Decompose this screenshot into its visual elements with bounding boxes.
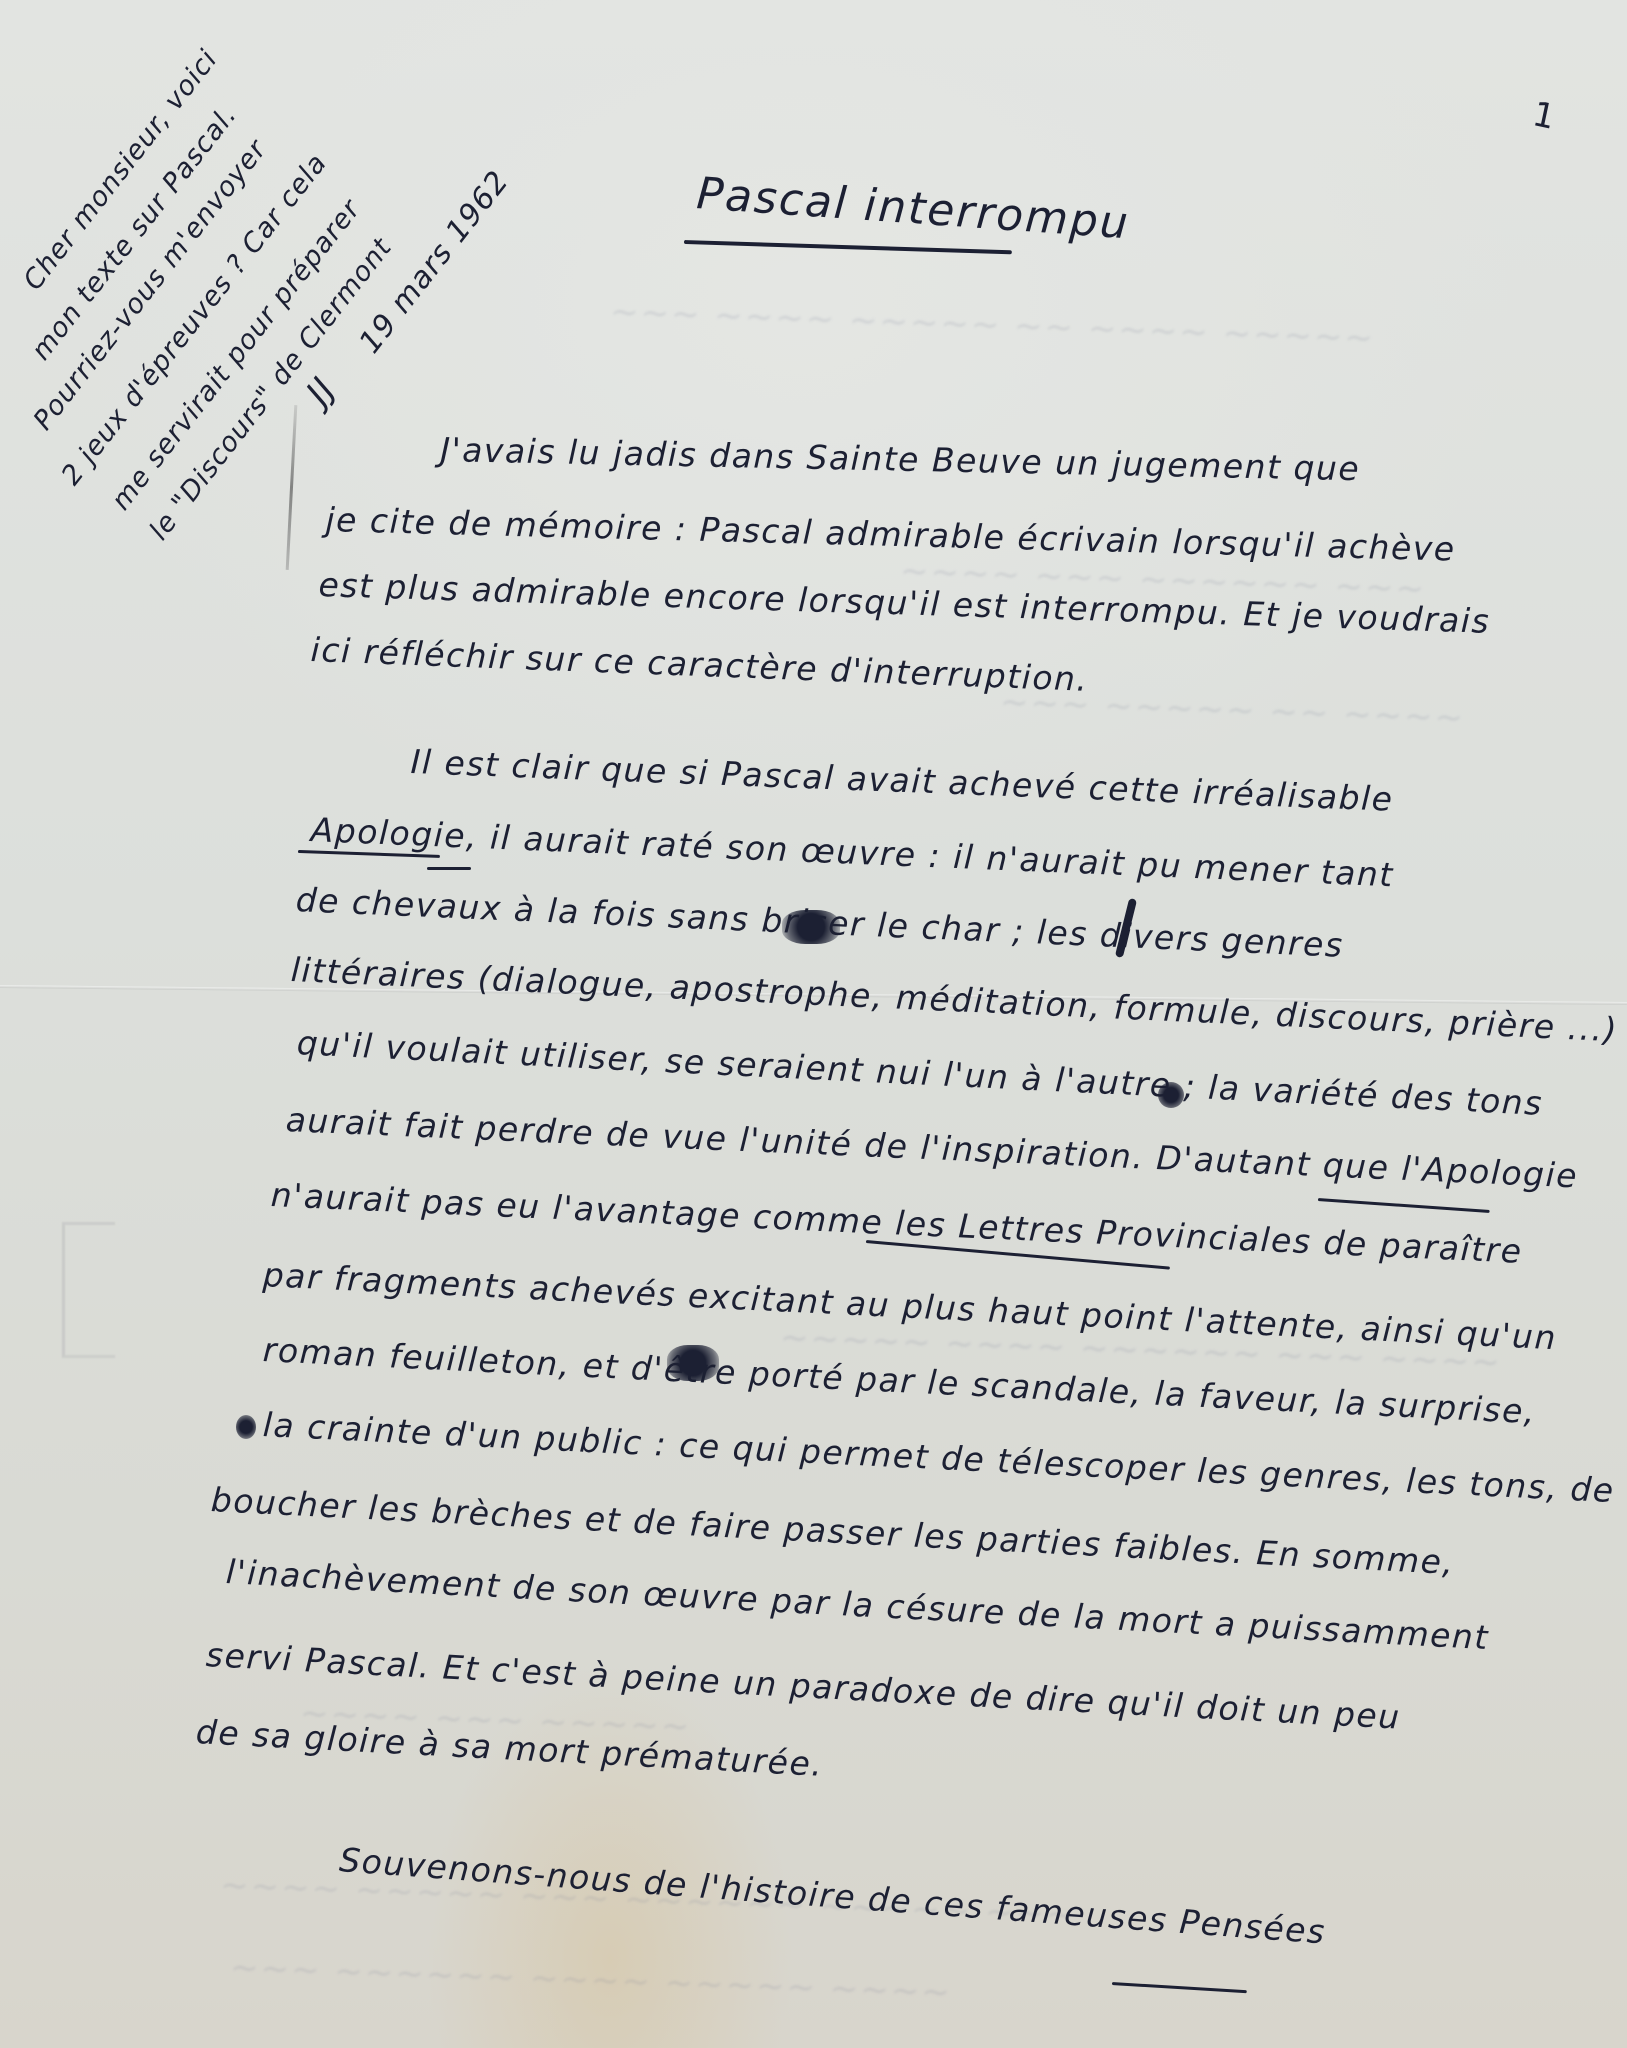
ink-blot-strikeout xyxy=(236,1415,256,1439)
ink-blot-strikeout xyxy=(667,1345,719,1381)
faint-margin-bracket xyxy=(62,1222,115,1358)
ink-blot-strikeout xyxy=(1158,1082,1184,1108)
underline-rate xyxy=(427,867,471,870)
ink-blot-strikeout xyxy=(782,910,840,944)
